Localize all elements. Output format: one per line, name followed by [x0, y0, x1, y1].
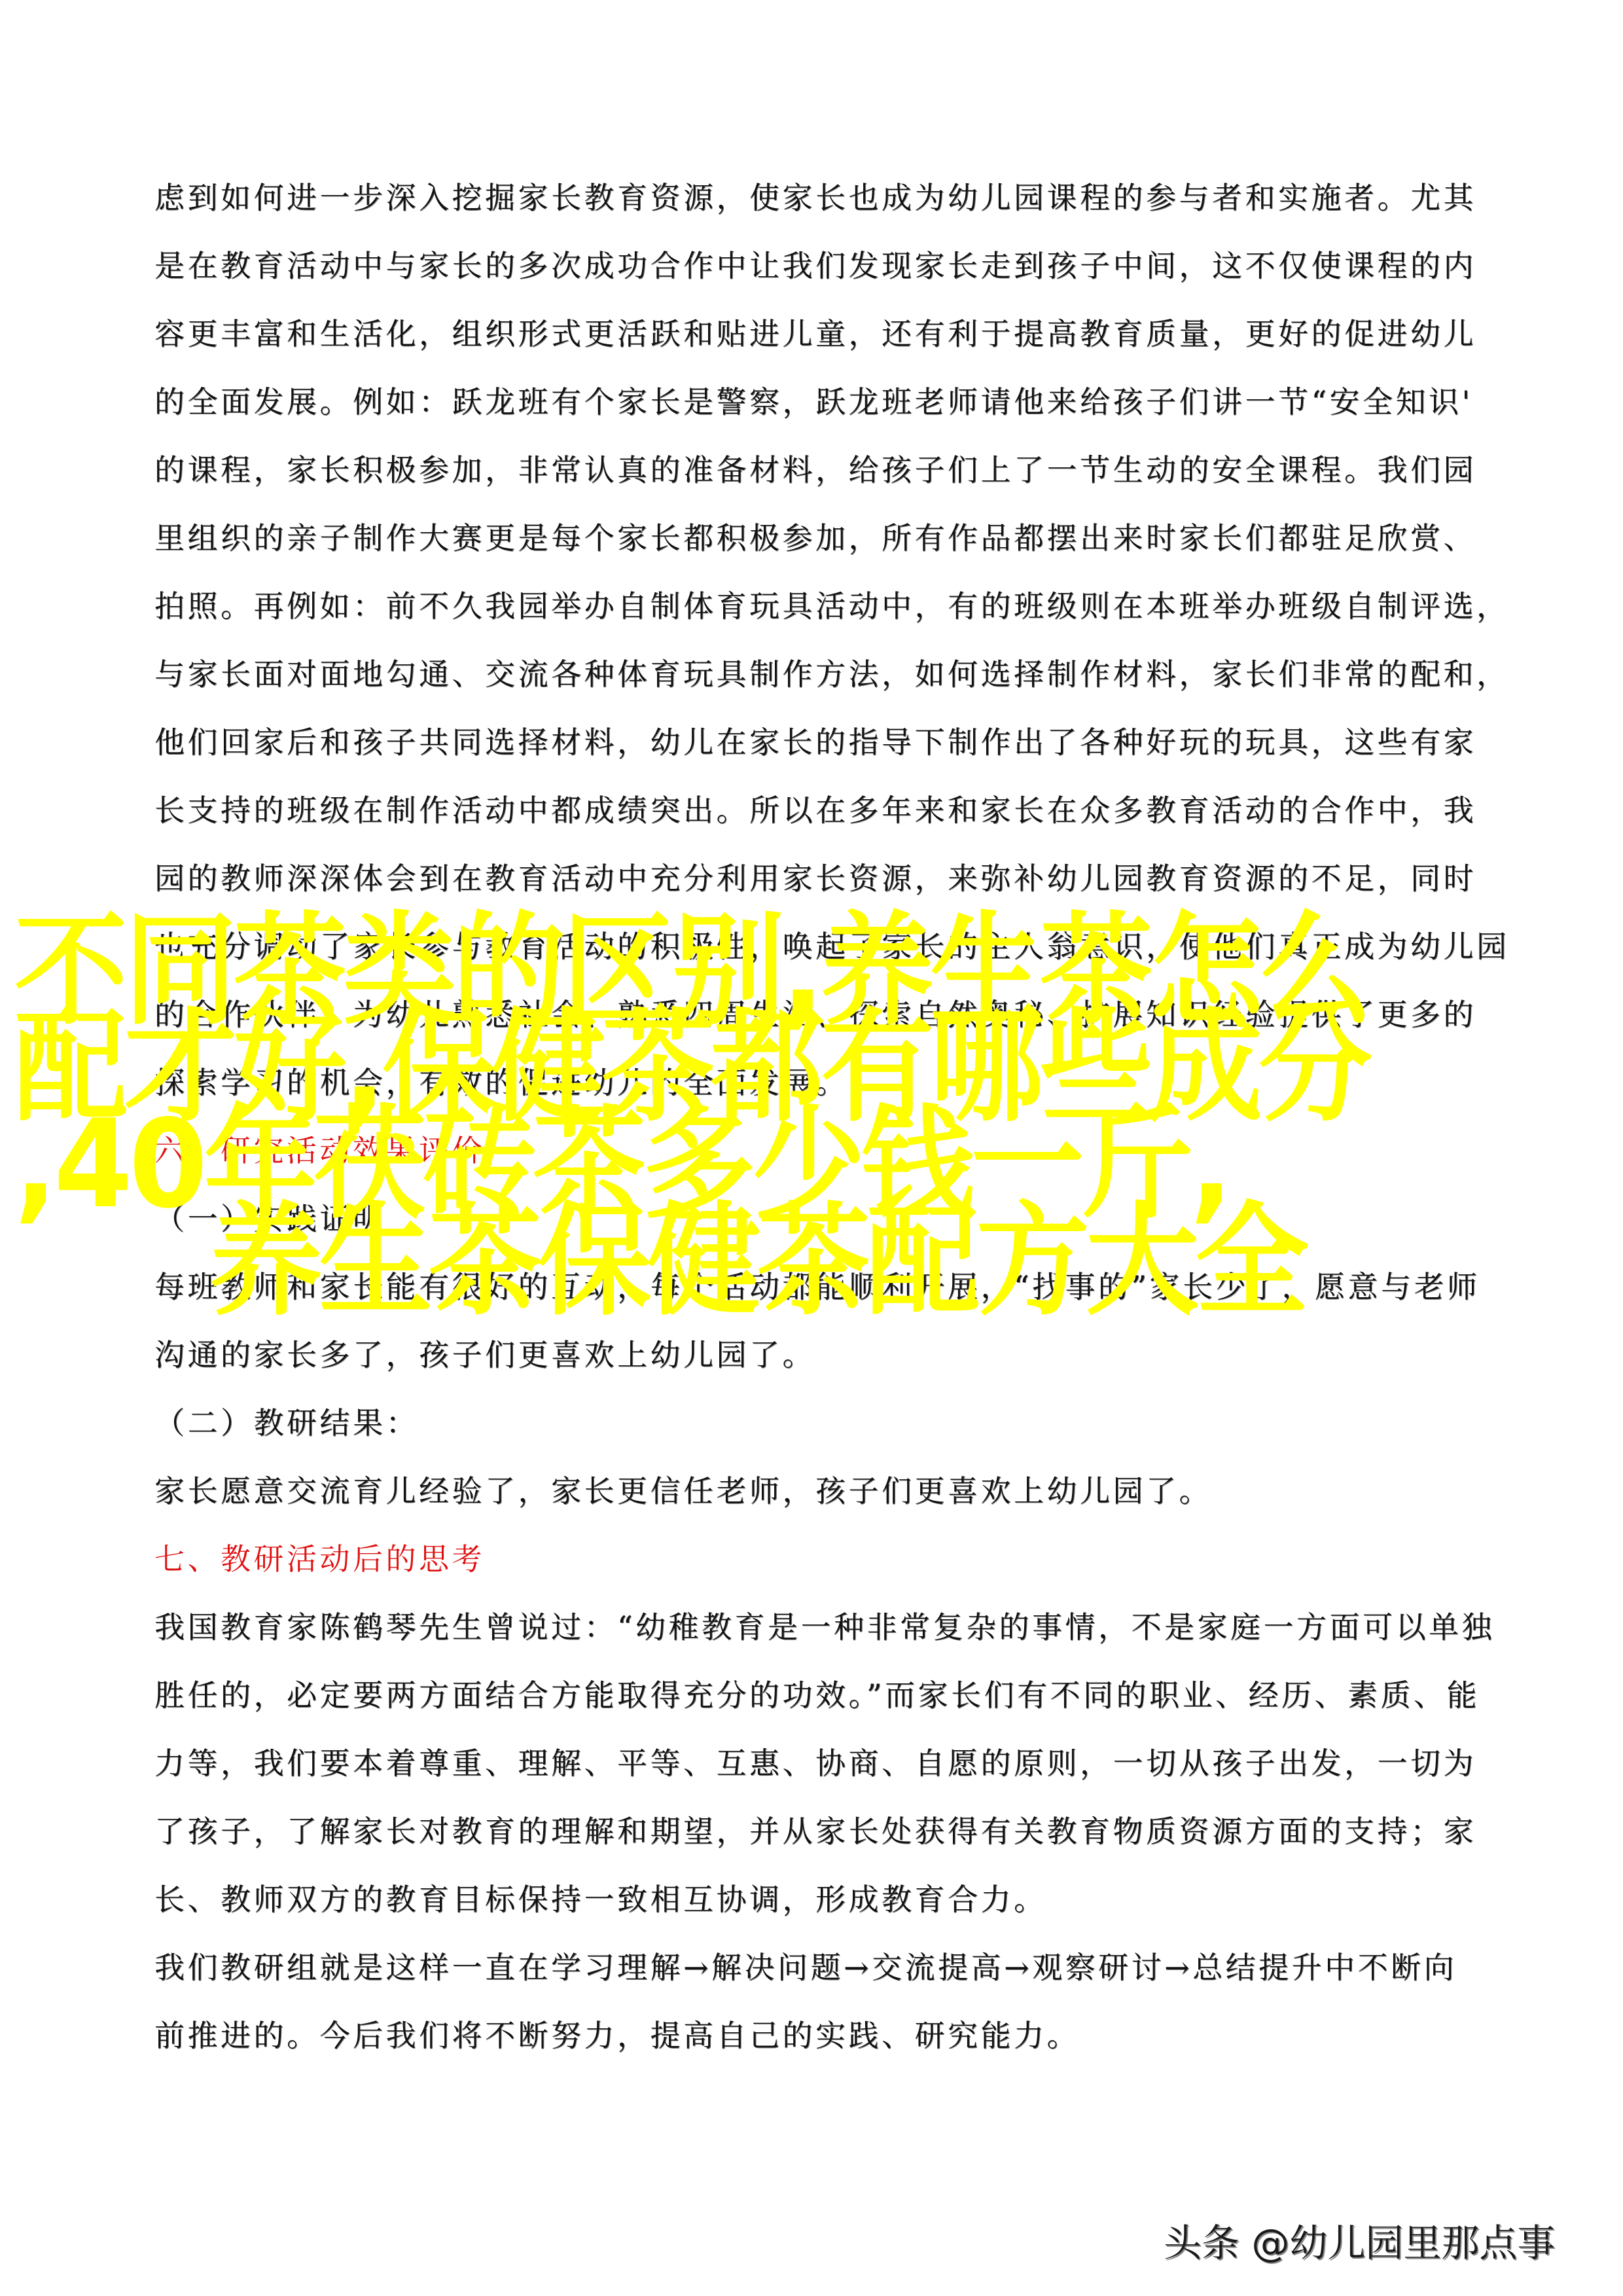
- source-watermark: 头条 @幼儿园里那点事: [1164, 2212, 1555, 2267]
- paragraph-line: 长支持的班级在制作活动中都成绩突出。所以在多年来和家长在众多教育活动的合作中，我: [154, 784, 1476, 836]
- paragraph-line: 里组织的亲子制作大赛更是每个家长都积极参加，所有作品都摆出来时家长们都驻足欣赏、: [154, 512, 1476, 564]
- paragraph-line: 他们回家后和孩子共同选择材料，幼儿在家长的指导下制作出了各种好玩的玩具，这些有家: [154, 716, 1476, 768]
- paragraph-line: 容更丰富和生活化，组织形式更活跃和贴进儿童，还有利于提高教育质量，更好的促进幼儿: [154, 308, 1476, 360]
- paragraph-line: 我国教育家陈鹤琴先生曾说过：“幼稚教育是一种非常复杂的事情，不是家庭一方面可以单…: [154, 1601, 1495, 1653]
- paragraph-line: 拍照。再例如：前不久我园举办自制体育玩具活动中，有的班级则在本班举办班级自制评选…: [154, 580, 1510, 632]
- paragraph-line: 虑到如何进一步深入挖掘家长教育资源，使家长也成为幼儿园课程的参与者和实施者。尤其: [154, 171, 1476, 224]
- paragraph-line: 长、教师双方的教育目标保持一致相互协调，形成教育合力。: [154, 1873, 1047, 1926]
- section-heading-seven: 七、教研活动后的思考: [154, 1533, 485, 1585]
- paragraph-line: 是在教育活动中与家长的多次成功合作中让我们发现家长走到孩子中间，这不仅使课程的内: [154, 240, 1476, 292]
- paragraph-line: 沟通的家长多了，孩子们更喜欢上幼儿园了。: [154, 1329, 815, 1381]
- document-page: 虑到如何进一步深入挖掘家长教育资源，使家长也成为幼儿园课程的参与者和实施者。尤其…: [0, 0, 1623, 2296]
- paragraph-line: 我们教研组就是这样一直在学习理解→解决问题→交流提高→观察研讨→总结提升中不断向: [154, 1941, 1457, 1994]
- overlay-headline-line: 养生茶保健茶配方大全: [209, 1200, 1305, 1322]
- paragraph-line: 前推进的。今后我们将不断努力，提高自己的实践、研究能力。: [154, 2009, 1080, 2062]
- paragraph-line: 力等，我们要本着尊重、理解、平等、互惠、协商、自愿的原则，一切从孩子出发，一切为: [154, 1737, 1476, 1789]
- paragraph-line: 了孩子，了解家长对教育的理解和期望，并从家长处获得有关教育物质资源方面的支持；家: [154, 1805, 1476, 1857]
- paragraph-line: 胜任的，必定要两方面结合方能取得充分的功效。”而家长们有不同的职业、经历、素质、…: [154, 1669, 1480, 1721]
- paragraph-line: 的全面发展。例如：跃龙班有个家长是警察，跃龙班老师请他来给孩子们讲一节“安全知识…: [154, 376, 1473, 428]
- subheading-research-result: （二）教研结果：: [154, 1397, 419, 1449]
- paragraph-line: 家长愿意交流育儿经验了，家长更信任老师，孩子们更喜欢上幼儿园了。: [154, 1465, 1212, 1517]
- paragraph-line: 园的教师深深体会到在教育活动中充分利用家长资源，来弥补幼儿园教育资源的不足，同时: [154, 852, 1476, 905]
- paragraph-line: 的课程，家长积极参加，非常认真的准备材料，给孩子们上了一节生动的安全课程。我们园: [154, 444, 1476, 496]
- paragraph-line: 与家长面对面地勾通、交流各种体育玩具制作方法，如何选择制作材料，家长们非常的配和…: [154, 648, 1510, 700]
